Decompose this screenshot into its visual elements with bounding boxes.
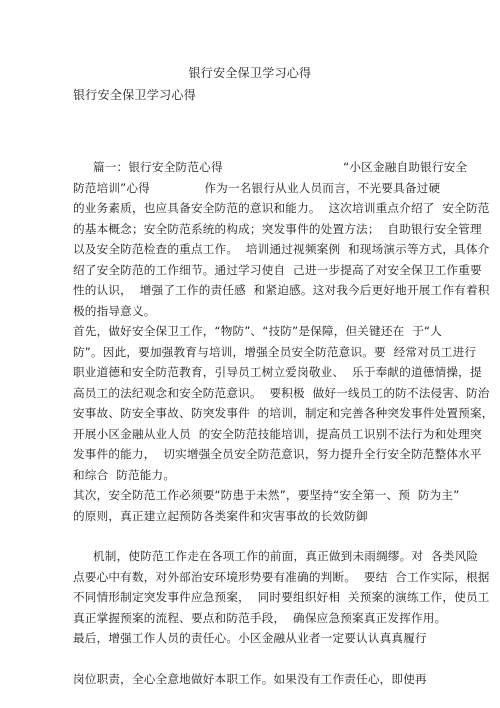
body-text-line: 岗位职责，全心全意地做好本职工作。如果没有工作责任心，即使再	[73, 674, 427, 686]
body-text-line: 安事故、防安全事故、防突发事件 的培训，制定和完善各种突发事件处置预案，	[73, 408, 494, 420]
body-text-line: 点要心中有数，对外部治安环境形势要有准确的判断。 要结 合工作实际，根据	[73, 572, 490, 584]
body-text-line: 以及安全防范检查的重点工作。 培训通过视频案例 和现场演示等方式，具体介	[73, 244, 490, 256]
body-text-line: 不同情形制定突发事件应急预案， 同时要组织好相 关预案的演练工作，使员工	[73, 592, 490, 604]
body-text-line: 机制，使防范工作走在各项工作的前面，真正做到未雨绸缪。对 各类风险	[93, 551, 478, 563]
body-text-line: 性的认识， 增强了工作的责任感 和紧迫感。这对我今后更好地开展工作有着积	[73, 285, 490, 297]
body-text-line: 的原则，真正建立起预防各类案件和灾害事故的长效防御	[73, 511, 368, 523]
body-text-line: 的业务素质，也应具备安全防范的意识和能力。 这次培训重点介绍了 安全防范	[73, 203, 490, 215]
body-text-line: 首先，做好安全保卫工作，“物防”、“技防”是保障，但关键还在 于“人	[73, 326, 442, 338]
body-text-line: 发事件的能力， 切实增强全员安全防范意识，努力提升全行安全防范整体水平	[73, 449, 482, 461]
body-text-line: 职业道德和安全防范教育，引导员工树立爱岗敬业、 乐于奉献的道德情操，提	[73, 367, 482, 379]
document-page: 银行安全保卫学习心得 银行安全保卫学习心得 篇一：银行安全防范心得 “小区金融自…	[0, 0, 500, 708]
body-text-line: 最后，增强工作人员的责任心。小区金融从业者一定要认认真真履行	[73, 633, 427, 645]
document-title: 银行安全保卫学习心得	[0, 64, 500, 81]
body-text-line: 其次，安全防范工作必须要“防患于未然”，要坚持“安全第一、预 防为主”	[73, 490, 459, 502]
body-text-line: 绍了安全防范的工作细节。通过学习使自 己进一步提高了对安全保卫工作重要	[73, 265, 482, 277]
body-text-line: 极的指导意义。	[73, 306, 156, 318]
body-text-line: 防范培训”心得 作为一名银行从业人员而言，不光要具备过硬	[73, 183, 440, 195]
body-text-line: 高员工的法纪观念和安全防范意识。 要积极 做好一线员工的防不法侵害、防治	[73, 388, 490, 400]
body-text-line: 开展小区金融从业人员 的安全防范技能培训，提高员工识别不法行为和处理突	[73, 429, 482, 441]
document-subtitle: 银行安全保卫学习心得	[73, 86, 196, 103]
body-text-line: 防”。因此，要加强教育与培训，增强全员安全防范意识。要 经常对员工进行	[73, 347, 476, 359]
body-text-line: 和综合 防范能力。	[73, 470, 175, 482]
body-text-line: 的基本概念；安全防范系统的构成；突发事件的处置方法； 自助银行安全管理	[73, 224, 482, 236]
body-text-line: 篇一：银行安全防范心得 “小区金融自助银行安全	[93, 162, 467, 174]
body-text-line: 真正掌握预案的流程、要点和防范手段， 确保应急预案真正发挥作用。	[73, 613, 446, 625]
